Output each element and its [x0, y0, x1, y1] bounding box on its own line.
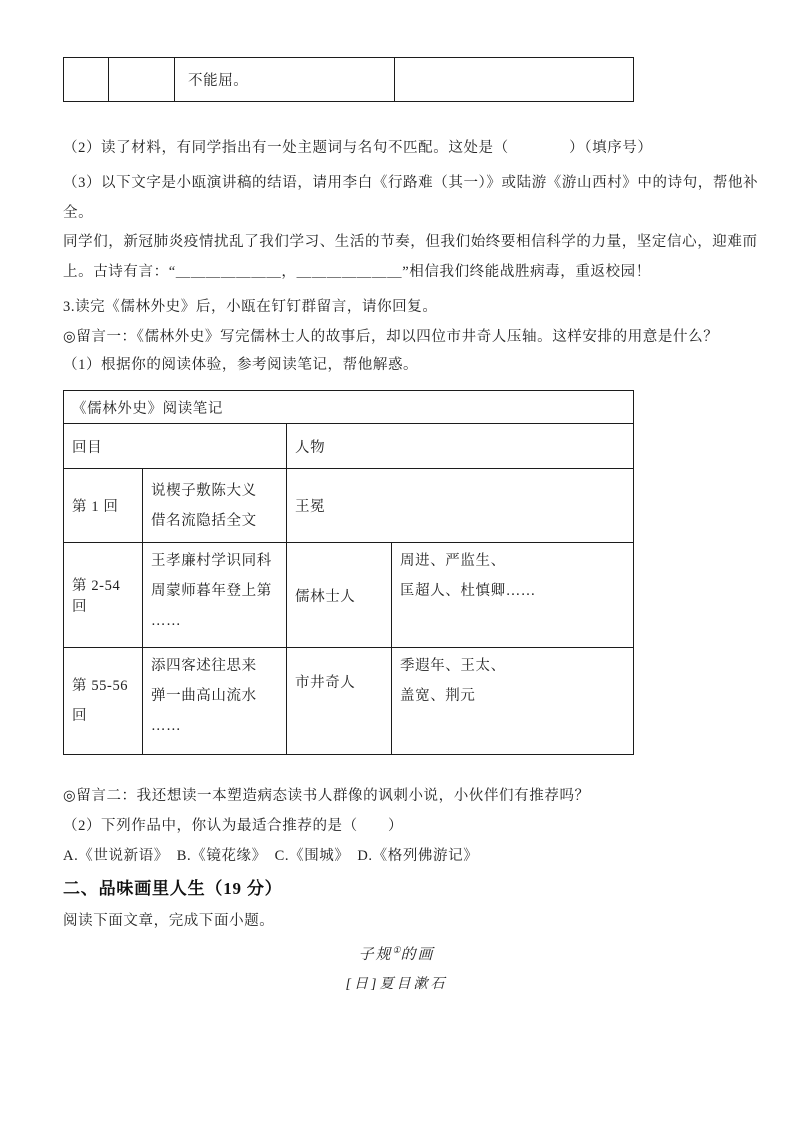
notes-row3-chapter: 第 55-56 回: [64, 648, 143, 755]
notes-row3-group: 市井奇人: [287, 648, 392, 755]
persons-line: 盖宽、荆元: [400, 681, 625, 711]
summary-line: 王孝廉村学识同科: [151, 546, 278, 576]
summary-line: ……: [151, 606, 278, 636]
speech-excerpt-line-1: 同学们，新冠肺炎疫情扰乱了我们学习、生活的节奏，但我们始终要相信科学的力量，坚定…: [63, 232, 743, 252]
notes-row-1: 第 1 回 说楔子敷陈大义 借名流隐括全文 王冕: [64, 469, 634, 543]
continuation-table-row: 不能屈。: [64, 58, 634, 102]
group-message-2: ◎留言二：我还想读一本塑造病态读书人群像的讽刺小说，小伙伴们有推荐吗？: [63, 786, 743, 806]
summary-line: 弹一曲高山流水: [151, 681, 278, 711]
continuation-cell-3: 不能屈。: [175, 58, 395, 102]
essay-title-tail: 的画: [401, 947, 435, 963]
reading-notes-table: 《儒林外史》阅读笔记 回目 人物 第 1 回 说楔子敷陈大义 借名流隐括全文 王…: [63, 390, 634, 755]
question-3-intro: 3.读完《儒林外史》后，小瓯在钉钉群留言，请你回复。: [63, 297, 743, 317]
notes-header-person: 人物: [287, 424, 634, 469]
section-2-intro: 阅读下面文章，完成下面小题。: [63, 911, 743, 931]
group-line: 市井奇人: [295, 668, 383, 698]
section-2-heading: 二、品味画里人生（19 分）: [63, 879, 743, 899]
notes-row1-person: 王冕: [287, 469, 634, 543]
question-2-line: （2）读了材料，有同学指出有一处主题词与名句不匹配。这处是（ ）（填序号）: [63, 138, 743, 158]
summary-line: 说楔子敷陈大义: [151, 476, 278, 506]
notes-title-row: 《儒林外史》阅读笔记: [64, 391, 634, 424]
summary-line: ……: [151, 711, 278, 741]
group-message-1: ◎留言一：《儒林外史》写完儒林士人的故事后，却以四位市井奇人压轴。这样安排的用意…: [63, 327, 743, 347]
answer-options: A.《世说新语》 B.《镜花缘》 C.《围城》 D.《格列佛游记》: [63, 846, 743, 866]
speech-excerpt-line-2-with-blanks: 上。古诗有言：“＿＿＿＿＿＿＿，＿＿＿＿＿＿＿”相信我们终能战胜病毒，重返校园！: [63, 262, 743, 282]
question-3-line-2: 全。: [63, 203, 743, 223]
notes-row1-summary: 说楔子敷陈大义 借名流隐括全文: [143, 469, 287, 543]
notes-row1-chapter: 第 1 回: [64, 469, 143, 543]
persons-line: 季遐年、王太、: [400, 651, 625, 681]
continuation-cell-4: [395, 58, 634, 102]
exam-document-page: 不能屈。 （2）读了材料，有同学指出有一处主题词与名句不匹配。这处是（ ）（填序…: [0, 0, 793, 1122]
chapter-line: 第 55-56: [72, 671, 134, 701]
notes-row2-chapter: 第 2-54 回: [64, 543, 143, 648]
notes-row2-summary: 王孝廉村学识同科 周蒙师暮年登上第 ……: [143, 543, 287, 648]
summary-line: 添四客述往思来: [151, 651, 278, 681]
continuation-cell-1: [64, 58, 109, 102]
notes-row-3: 第 55-56 回 添四客述往思来 弹一曲高山流水 …… 市井奇人 季遐年、王太…: [64, 648, 634, 755]
persons-line: 周进、严监生、: [400, 546, 625, 576]
persons-line: 匡超人、杜慎卿……: [400, 576, 625, 606]
notes-row3-summary: 添四客述往思来 弹一曲高山流水 ……: [143, 648, 287, 755]
essay-title: 子规①的画: [63, 940, 730, 965]
sub-question-1: （1）根据你的阅读体验，参考阅读笔记，帮他解惑。: [63, 355, 743, 375]
essay-author: [日]夏目漱石: [63, 975, 730, 995]
notes-table-title: 《儒林外史》阅读笔记: [64, 391, 634, 424]
footnote-ref-1: ①: [392, 945, 400, 955]
notes-header-row: 回目 人物: [64, 424, 634, 469]
continuation-table: 不能屈。: [63, 57, 634, 102]
notes-row3-persons: 季遐年、王太、 盖宽、荆元: [392, 648, 634, 755]
question-3-line-1: （3）以下文字是小瓯演讲稿的结语，请用李白《行路难（其一）》或陆游《游山西村》中…: [63, 173, 743, 193]
notes-row2-group: 儒林士人: [287, 543, 392, 648]
notes-row-2: 第 2-54 回 王孝廉村学识同科 周蒙师暮年登上第 …… 儒林士人 周进、严监…: [64, 543, 634, 648]
sub-question-2: （2）下列作品中，你认为最适合推荐的是（ ）: [63, 816, 743, 836]
chapter-line: 回: [72, 701, 134, 731]
summary-line: 借名流隐括全文: [151, 506, 278, 536]
summary-line: 周蒙师暮年登上第: [151, 576, 278, 606]
notes-row2-persons: 周进、严监生、 匡超人、杜慎卿……: [392, 543, 634, 648]
notes-header-chapter: 回目: [64, 424, 287, 469]
essay-title-main: 子规: [358, 947, 392, 963]
continuation-cell-2: [109, 58, 175, 102]
